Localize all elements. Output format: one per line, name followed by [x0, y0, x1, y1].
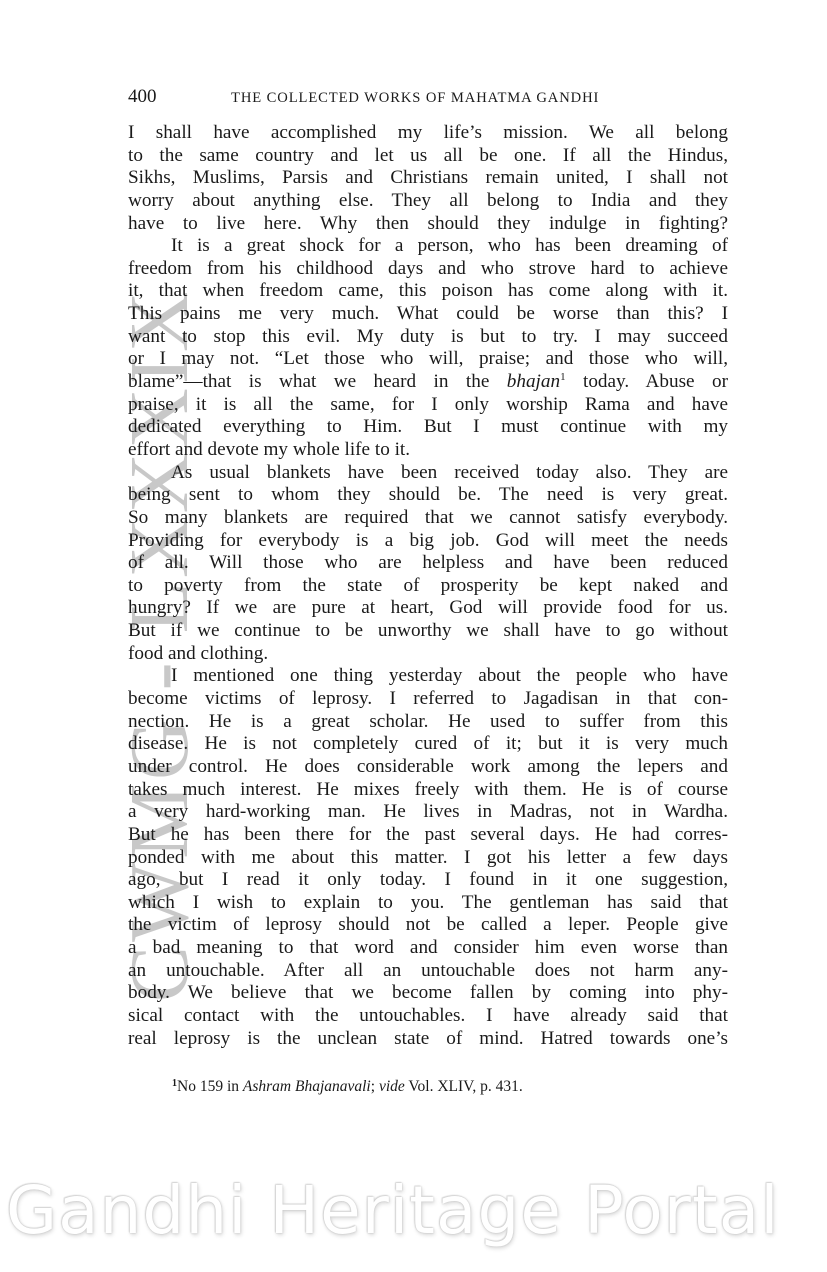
- text-line: become victims of leprosy. I referred to…: [128, 688, 728, 711]
- text-line: to poverty from the state of prosperity …: [128, 575, 728, 598]
- text-line: Sikhs, Muslims, Parsis and Christians re…: [128, 167, 728, 190]
- bhajan-word: bhajan: [507, 371, 560, 392]
- text-line: disease. He is not completely cured of i…: [128, 733, 728, 756]
- text-line: or I may not. “Let those who will, prais…: [128, 348, 728, 371]
- text-line-with-footnote: blame”—that is what we heard in the bhaj…: [128, 371, 728, 394]
- text-line: ponded with me about this matter. I got …: [128, 847, 728, 870]
- text-line: hungry? If we are pure at heart, God wil…: [128, 597, 728, 620]
- paragraph-start-line: As usual blankets have been received tod…: [128, 462, 728, 485]
- text-line: the victim of leprosy should not be call…: [128, 914, 728, 937]
- text-line: Providing for everybody is a big job. Go…: [128, 530, 728, 553]
- footnote: 1No 159 in Ashram Bhajanavali; vide Vol.…: [172, 1078, 523, 1096]
- line-tail: today. Abuse or: [566, 371, 728, 392]
- text-line: a very hard-working man. He lives in Mad…: [128, 801, 728, 824]
- text-line: ago, but I read it only today. I found i…: [128, 869, 728, 892]
- text-line: food and clothing.: [128, 643, 728, 666]
- text-line: nection. He is a great scholar. He used …: [128, 711, 728, 734]
- text-line: effort and devote my whole life to it.: [128, 439, 728, 462]
- text-line: of all. Will those who are helpless and …: [128, 552, 728, 575]
- text-line: dedicated everything to Him. But I must …: [128, 416, 728, 439]
- text-line: it, that when freedom came, this poison …: [128, 280, 728, 303]
- text-line: This pains me very much. What could be w…: [128, 303, 728, 326]
- footnote-prefix: No 159 in: [177, 1078, 243, 1095]
- text-line: which I wish to explain to you. The gent…: [128, 892, 728, 915]
- paragraph-start-line: It is a great shock for a person, who ha…: [128, 235, 728, 258]
- text-line: sical contact with the untouchables. I h…: [128, 1005, 728, 1028]
- text-line: a bad meaning to that word and consider …: [128, 937, 728, 960]
- page-number: 400: [128, 86, 157, 108]
- text-line: I shall have accomplished my life’s miss…: [128, 122, 728, 145]
- document-page: CWMG - LXXXIX 400 THE COLLECTED WORKS OF…: [0, 0, 827, 1272]
- text-line: But he has been there for the past sever…: [128, 824, 728, 847]
- portal-watermark: Gandhi Heritage Portal: [6, 1178, 821, 1244]
- text-line: real leprosy is the unclean state of min…: [128, 1028, 728, 1051]
- text-line: takes much interest. He mixes freely wit…: [128, 779, 728, 802]
- text-line: So many blankets are required that we ca…: [128, 507, 728, 530]
- footnote-vide: vide: [379, 1078, 405, 1095]
- footnote-reference: Vol. XLIV, p. 431.: [405, 1078, 523, 1095]
- running-title: THE COLLECTED WORKS OF MAHATMA GANDHI: [231, 90, 599, 107]
- text-line: an untouchable. After all an untouchable…: [128, 960, 728, 983]
- text-line: being sent to whom they should be. The n…: [128, 484, 728, 507]
- body-text: I shall have accomplished my life’s miss…: [128, 122, 728, 1050]
- text-line: want to stop this evil. My duty is but t…: [128, 326, 728, 349]
- text-line: But if we continue to be unworthy we sha…: [128, 620, 728, 643]
- footnote-book-title: Ashram Bhajanavali: [243, 1078, 371, 1095]
- text-line: praise, it is all the same, for I only w…: [128, 394, 728, 417]
- paragraph-start-line: I mentioned one thing yesterday about th…: [128, 665, 728, 688]
- text-line: body. We believe that we become fallen b…: [128, 982, 728, 1005]
- line-head: blame”—that is what we heard in the: [128, 371, 507, 392]
- footnote-separator: ;: [371, 1078, 379, 1095]
- text-line: freedom from his childhood days and who …: [128, 258, 728, 281]
- page-header: 400 THE COLLECTED WORKS OF MAHATMA GANDH…: [128, 86, 728, 114]
- text-line: worry about anything else. They all belo…: [128, 190, 728, 213]
- text-line: under control. He does considerable work…: [128, 756, 728, 779]
- text-line: to the same country and let us all be on…: [128, 145, 728, 168]
- text-line: have to live here. Why then should they …: [128, 213, 728, 236]
